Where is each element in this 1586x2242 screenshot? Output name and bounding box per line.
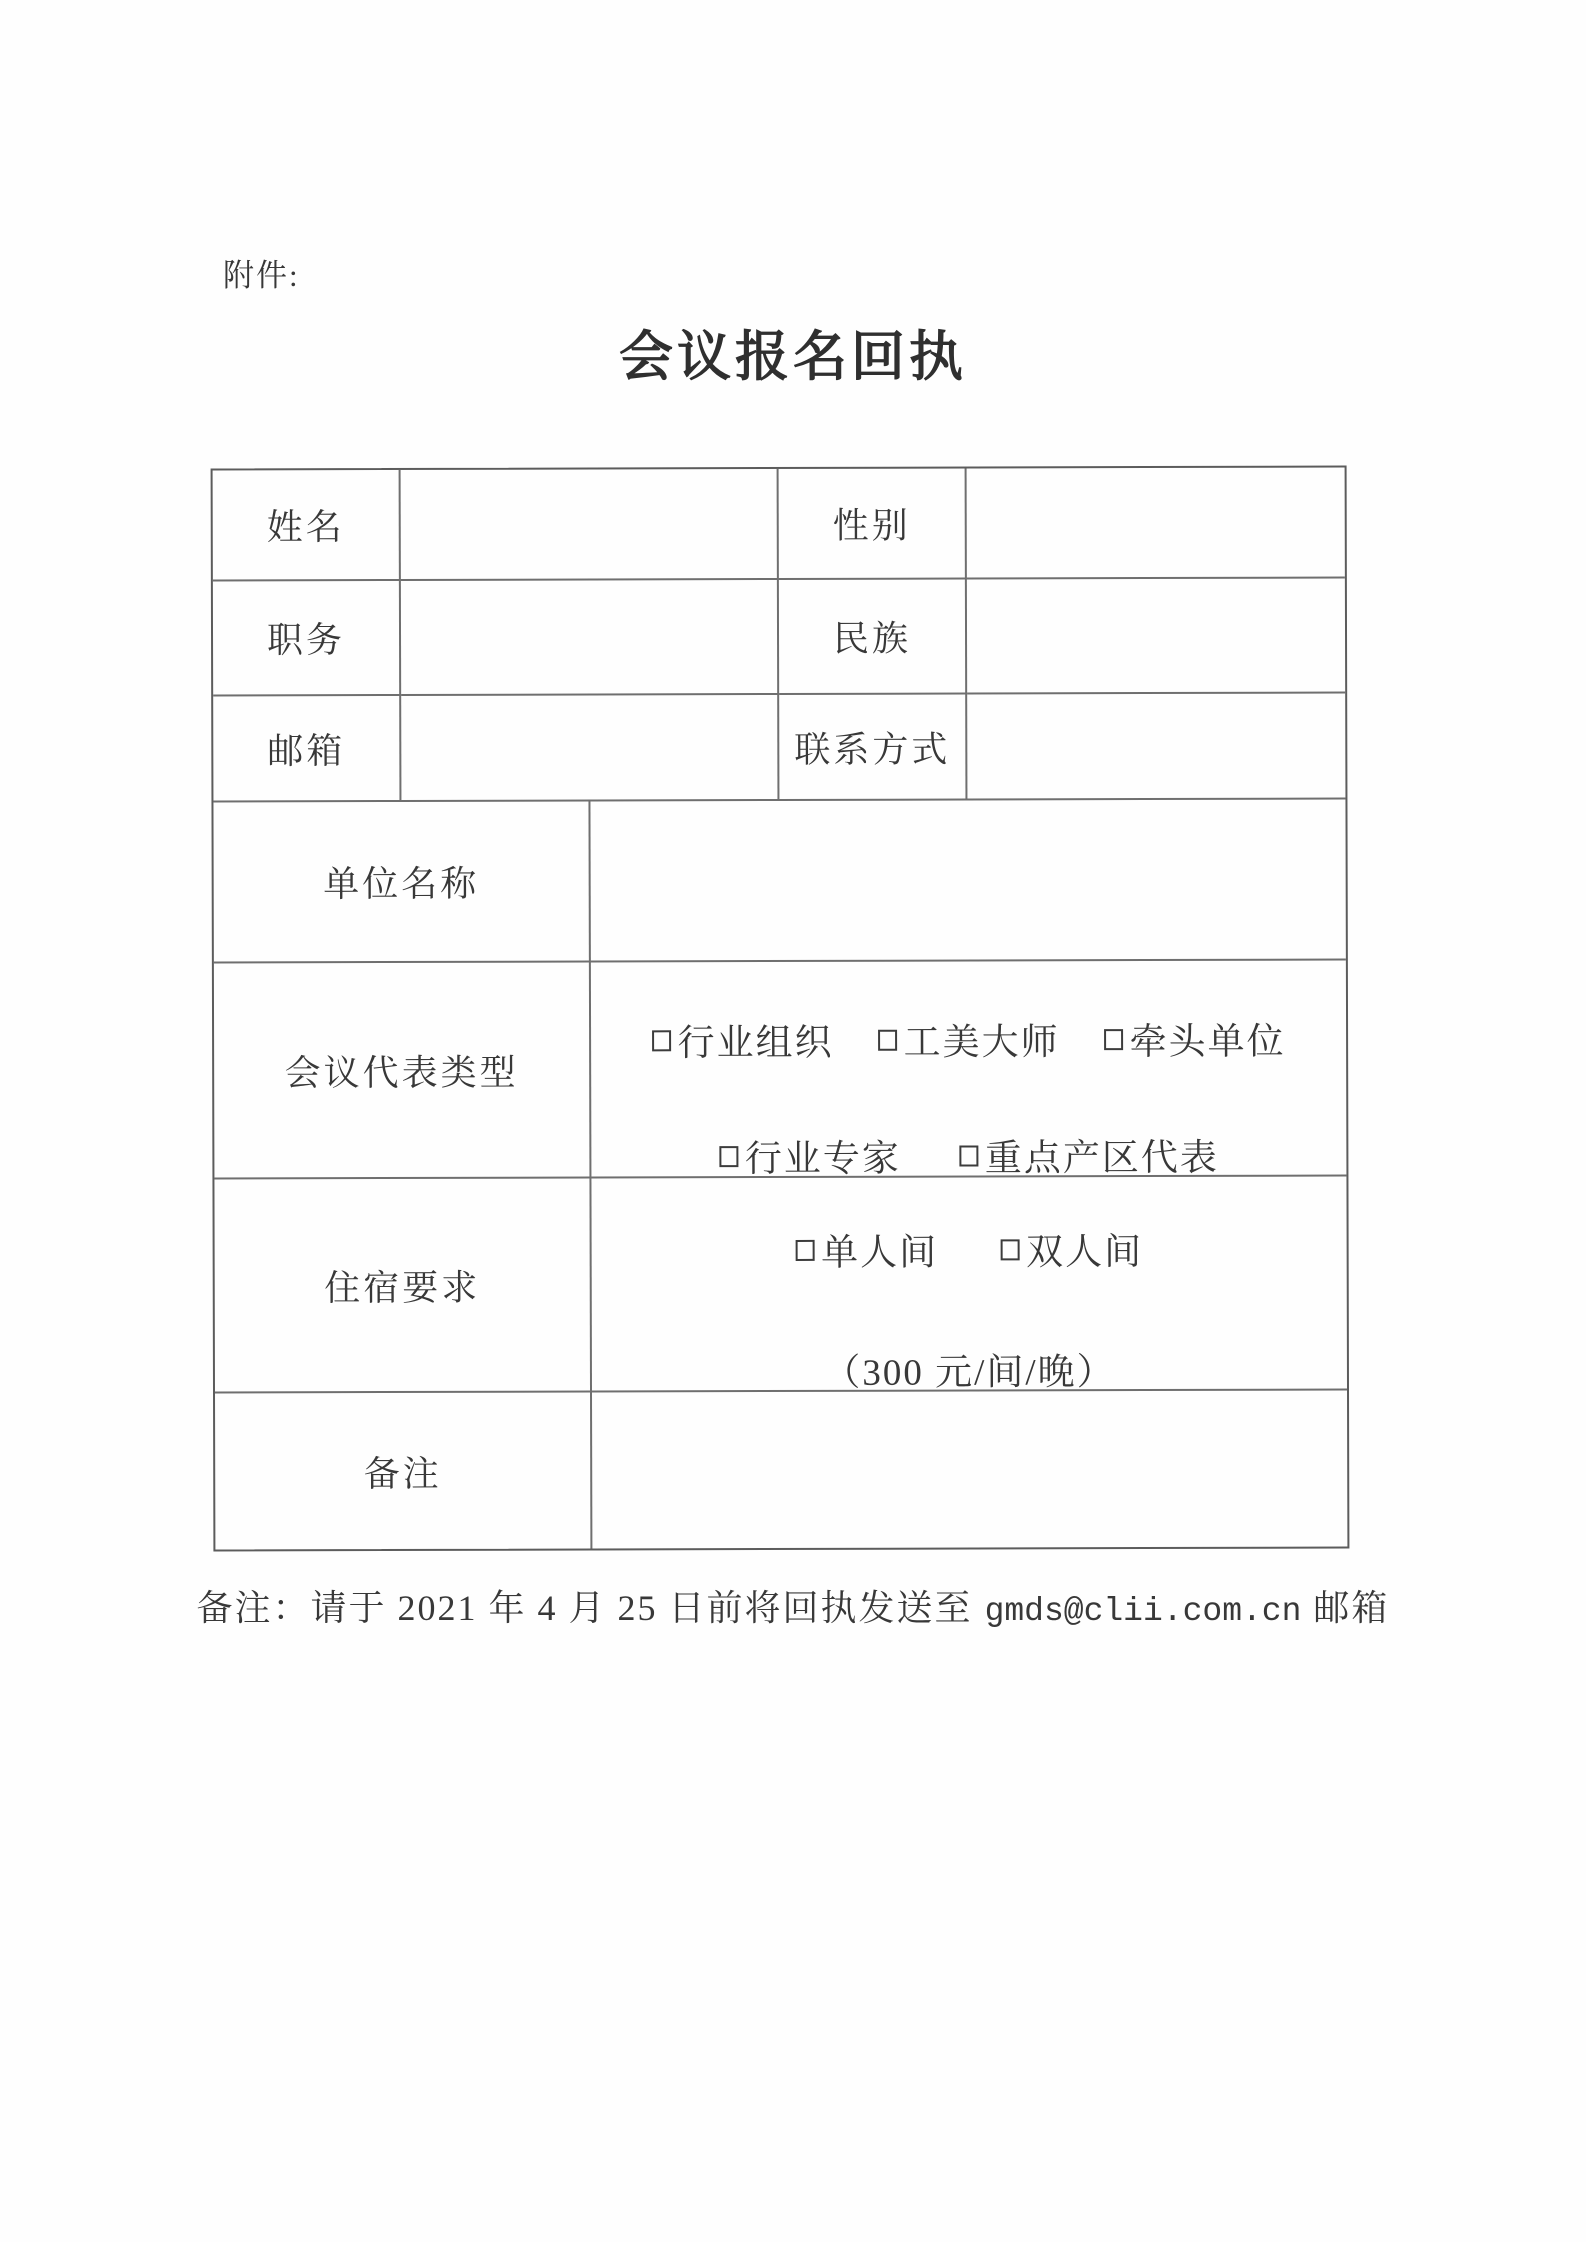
name-value-cell[interactable] [401, 469, 779, 581]
unit-name-label-cell: 单位名称 [213, 801, 590, 963]
delegate-type-label-cell: 会议代表类型 [214, 962, 592, 1179]
email-label-cell: 邮箱 [213, 696, 401, 802]
footer-note: 备注：请于 2021 年 4 月 25 日前将回执发送至gmds@clii.co… [0, 1580, 1586, 1631]
unit-name-label: 单位名称 [323, 856, 479, 907]
position-label-cell: 职务 [213, 581, 401, 696]
gender-value-cell[interactable] [967, 468, 1345, 580]
option-label: 双人间 [1026, 1221, 1143, 1275]
organization-section: 单位名称 会议代表类型 行业组织 工美大师 牵头单位 行业专家 重点产区代表 住… [213, 800, 1347, 1550]
remark-value-cell[interactable] [592, 1391, 1347, 1549]
remark-label: 备注 [364, 1445, 442, 1496]
lodging-label: 住宿要求 [324, 1259, 480, 1310]
lodging-label-cell: 住宿要求 [214, 1178, 592, 1393]
position-value-cell[interactable] [401, 580, 779, 696]
room-price-note: （300 元/间/晚） [592, 1341, 1347, 1397]
option-key-production-area-rep[interactable]: 重点产区代表 [959, 1127, 1219, 1182]
option-label: 行业组织 [678, 1012, 834, 1066]
delegate-options-line-2: 行业专家 重点产区代表 [591, 1127, 1346, 1183]
checkbox-icon[interactable] [1000, 1239, 1019, 1260]
option-arts-crafts-master[interactable]: 工美大师 [878, 1011, 1060, 1065]
footer-email: gmds@clii.com.cn [985, 1593, 1302, 1630]
option-double-room[interactable]: 双人间 [1000, 1221, 1143, 1275]
lodging-options-line: 单人间 双人间 [592, 1221, 1347, 1277]
lodging-options-cell: 单人间 双人间 （300 元/间/晚） [591, 1177, 1347, 1393]
remark-label-cell: 备注 [215, 1392, 592, 1549]
attachment-label: 附件: [223, 250, 300, 295]
option-label: 单人间 [821, 1222, 938, 1276]
contact-value-cell[interactable] [967, 694, 1345, 801]
contact-label-cell: 联系方式 [779, 695, 967, 801]
ethnicity-label: 民族 [833, 611, 911, 662]
checkbox-icon[interactable] [795, 1239, 814, 1260]
option-label: 工美大师 [904, 1011, 1060, 1065]
registration-form-table: 姓名 性别 职务 民族 邮箱 联系方式 单位名称 会议代表类型 行业组织 工美大… [211, 466, 1350, 1552]
checkbox-icon[interactable] [652, 1030, 671, 1051]
personal-info-section: 姓名 性别 职务 民族 邮箱 联系方式 [213, 468, 1346, 803]
name-label-cell: 姓名 [213, 470, 401, 581]
email-label: 邮箱 [267, 723, 345, 774]
option-single-room[interactable]: 单人间 [795, 1222, 938, 1276]
checkbox-icon[interactable] [1104, 1029, 1123, 1050]
page-title: 会议报名回执 [0, 314, 1586, 391]
delegate-type-label: 会议代表类型 [285, 1044, 519, 1096]
option-industry-organization[interactable]: 行业组织 [652, 1012, 834, 1066]
checkbox-icon[interactable] [719, 1146, 738, 1167]
option-industry-expert[interactable]: 行业专家 [719, 1128, 901, 1182]
checkbox-icon[interactable] [959, 1145, 978, 1166]
checkbox-icon[interactable] [878, 1029, 897, 1050]
ethnicity-value-cell[interactable] [967, 579, 1345, 695]
option-label: 行业专家 [745, 1128, 901, 1182]
position-label: 职务 [267, 612, 345, 663]
delegate-type-options-cell: 行业组织 工美大师 牵头单位 行业专家 重点产区代表 [591, 961, 1347, 1179]
footer-note-text: 备注：请于 2021 年 4 月 25 日前将回执发送至 [197, 1588, 973, 1628]
footer-note-suffix: 邮箱 [1313, 1588, 1389, 1628]
gender-label: 性别 [833, 498, 911, 549]
name-label: 姓名 [267, 499, 345, 550]
email-value-cell[interactable] [401, 695, 779, 802]
option-lead-unit[interactable]: 牵头单位 [1104, 1011, 1286, 1065]
option-label: 重点产区代表 [985, 1127, 1219, 1182]
delegate-options-line-1: 行业组织 工美大师 牵头单位 [591, 1011, 1346, 1067]
gender-label-cell: 性别 [779, 469, 967, 580]
option-label: 牵头单位 [1130, 1011, 1286, 1065]
ethnicity-label-cell: 民族 [779, 580, 967, 695]
contact-label: 联系方式 [794, 721, 950, 772]
unit-name-value-cell[interactable] [590, 800, 1345, 963]
scanned-document-page: 附件: 会议报名回执 姓名 性别 职务 民族 邮箱 联系方式 单位名称 会议代表… [0, 0, 1586, 2242]
